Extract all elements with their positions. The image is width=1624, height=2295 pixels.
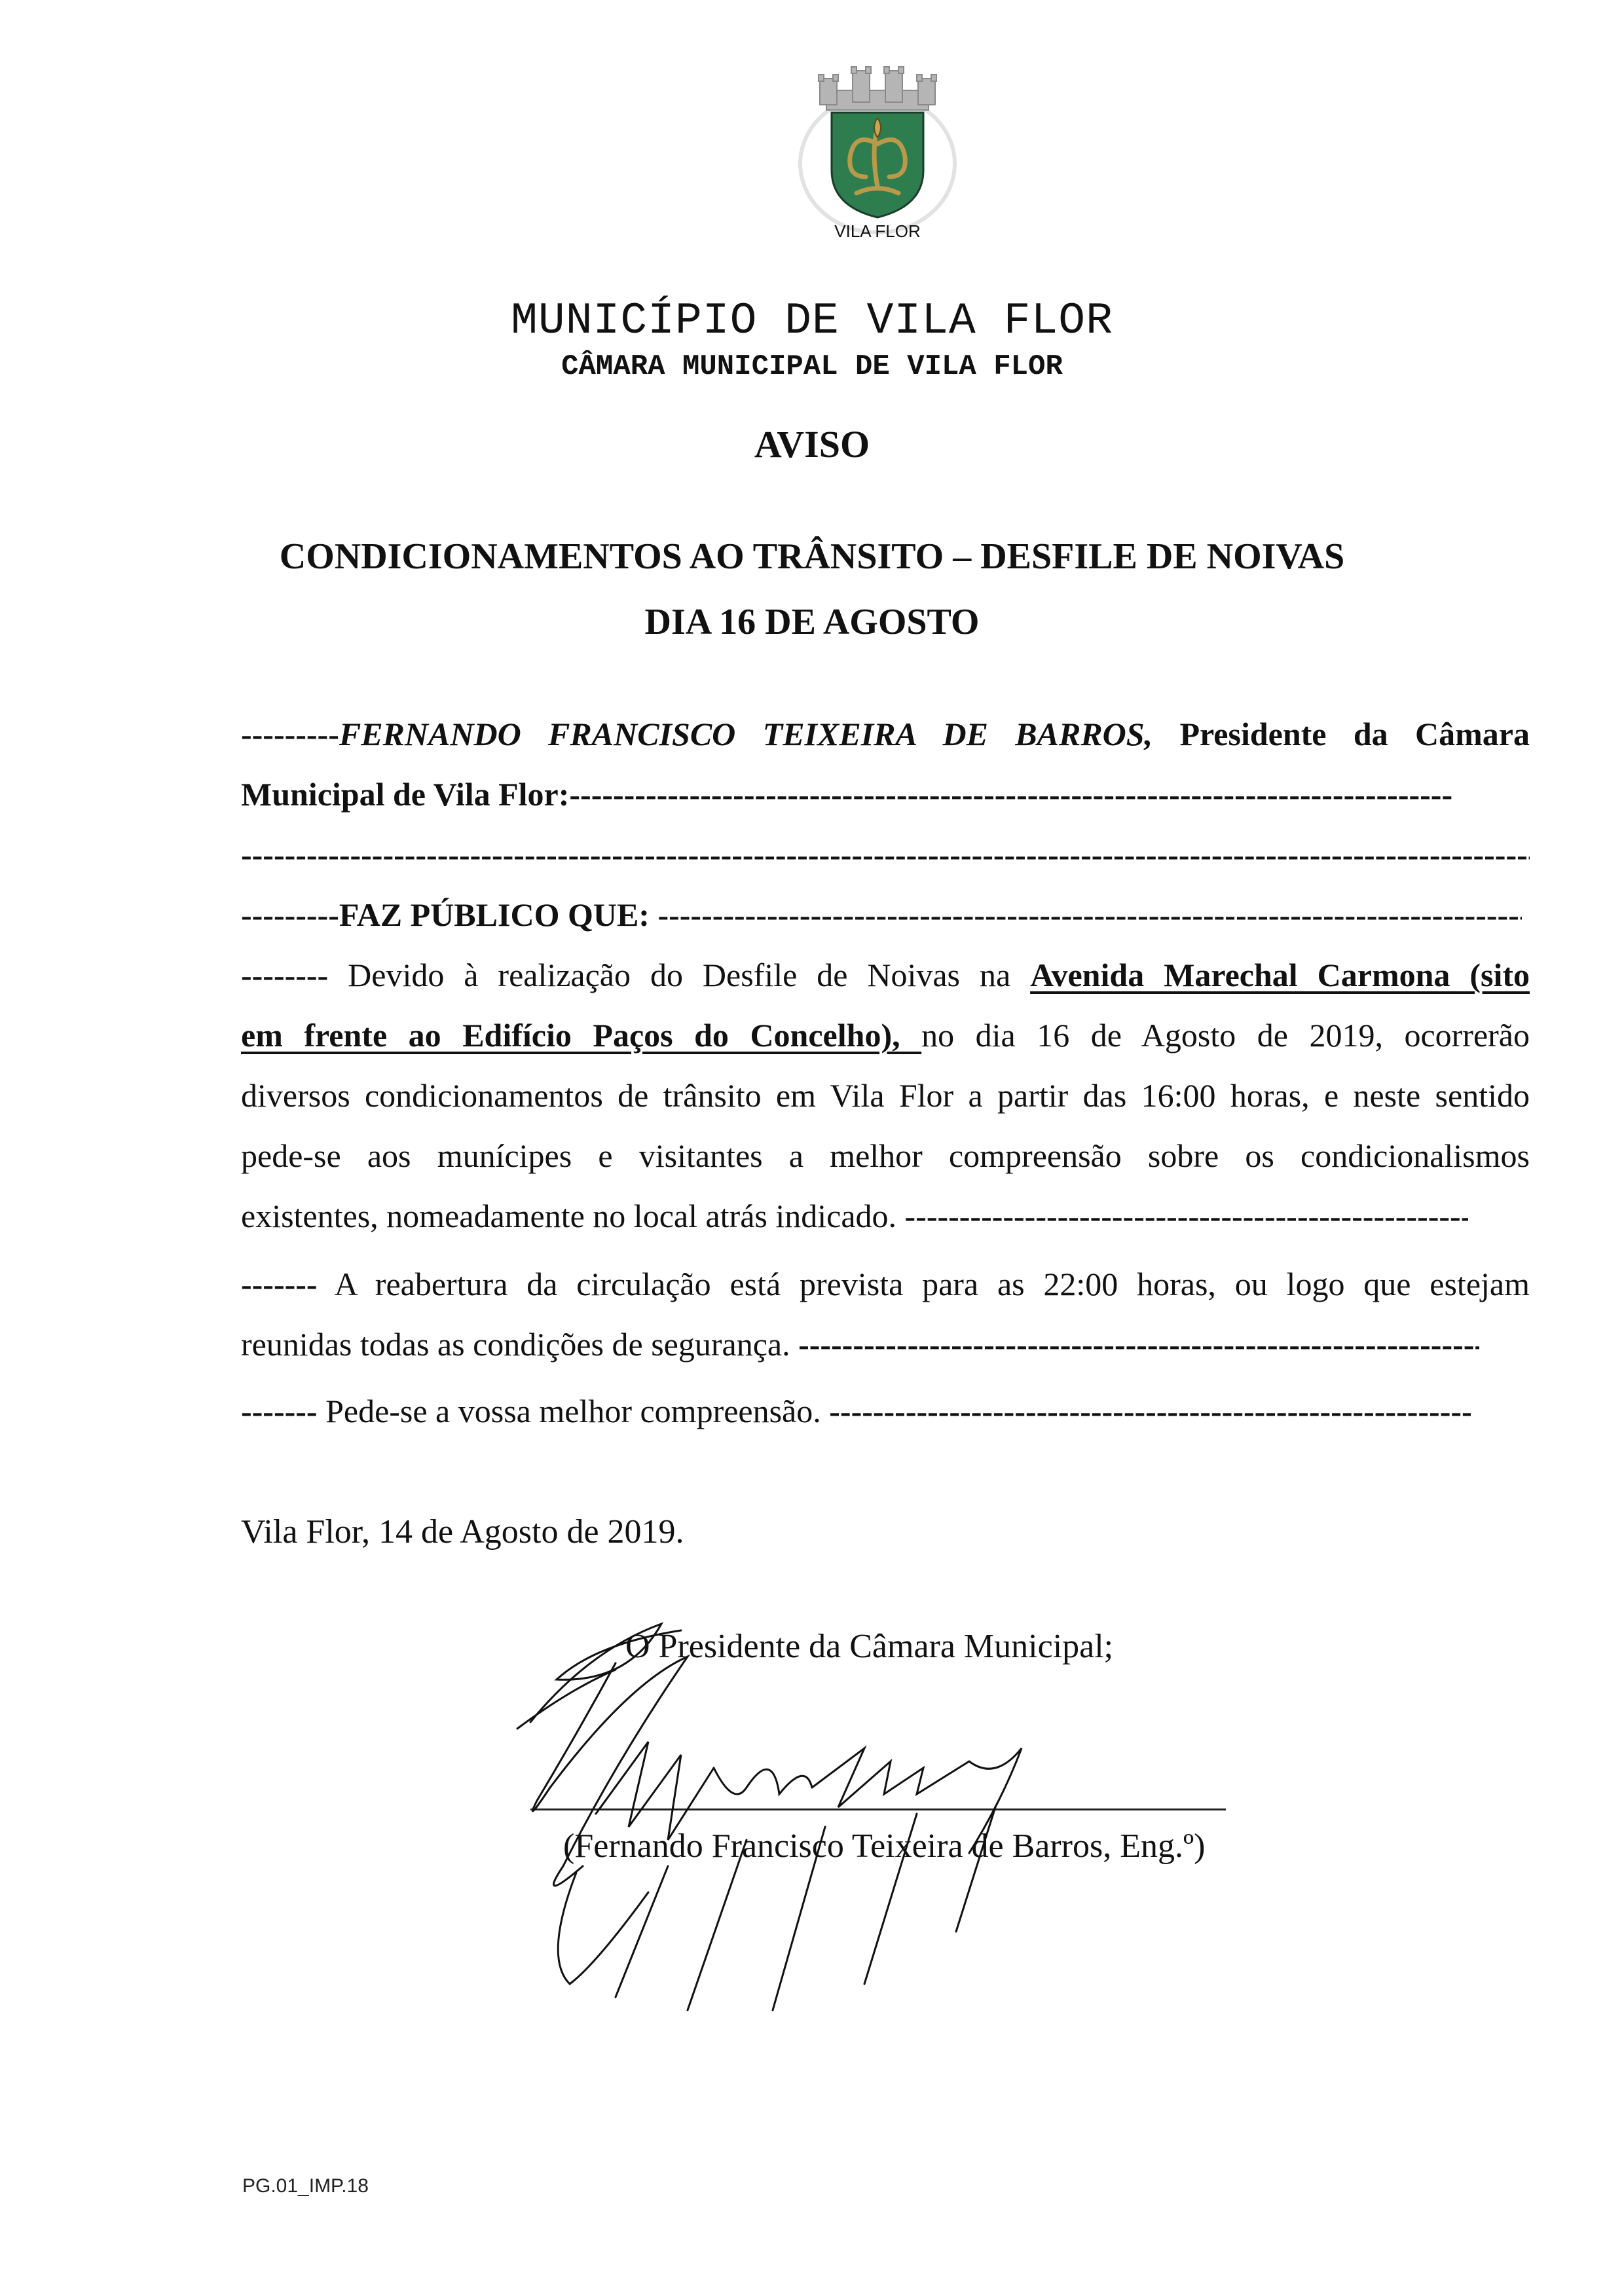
event-location: Avenida Marechal Carmona (sito bbox=[1030, 957, 1530, 993]
dash-filler: ----------------------------------------… bbox=[657, 885, 1522, 945]
form-code: PG.01_IMP.18 bbox=[242, 2175, 369, 2197]
dash-filler: ----------------------------------------… bbox=[829, 1381, 1471, 1441]
paragraph1-line1: -------- Devido à realização do Desfile … bbox=[241, 945, 1530, 1005]
separator-line: ----------------------------------------… bbox=[241, 824, 1530, 885]
handwritten-signature-icon bbox=[498, 1591, 1283, 2049]
notice-page: VILA FLOR MUNICÍPIO DE VILA FLOR CÂMARA … bbox=[0, 0, 1624, 2295]
intro-line-2: Municipal de Vila Flor:-----------------… bbox=[241, 764, 1530, 824]
paragraph1-line3: diversos condicionamentos de trânsito em… bbox=[241, 1065, 1530, 1126]
paragraph1-line5: existentes, nomeadamente no local atrás … bbox=[241, 1186, 1530, 1246]
place-and-date: Vila Flor, 14 de Agosto de 2019. bbox=[241, 1513, 684, 1551]
event-location-cont: em frente ao Edifício Paços do Concelho)… bbox=[241, 1017, 921, 1054]
paragraph1-line4: pede-se aos munícipes e visitantes a mel… bbox=[241, 1126, 1530, 1186]
notice-type: AVISO bbox=[0, 422, 1624, 466]
council-name: CÂMARA MUNICIPAL DE VILA FLOR bbox=[0, 350, 1624, 383]
intro-line-1: ---------FERNANDO FRANCISCO TEIXEIRA DE … bbox=[241, 704, 1530, 764]
dash-filler: ----------------------------------------… bbox=[569, 764, 1453, 824]
dash-filler: ----------------------------------------… bbox=[241, 824, 1530, 885]
coat-of-arms-icon: VILA FLOR bbox=[779, 65, 976, 242]
notice-title: CONDICIONAMENTOS AO TRÂNSITO – DESFILE D… bbox=[0, 536, 1624, 578]
dash-filler: ----------------------------------------… bbox=[798, 1314, 1479, 1374]
paragraph3-line: ------- Pede-se a vossa melhor compreens… bbox=[241, 1381, 1530, 1441]
notice-subtitle: DIA 16 DE AGOSTO bbox=[0, 601, 1624, 643]
svg-text:VILA FLOR: VILA FLOR bbox=[834, 221, 921, 241]
paragraph2-line2: reunidas todas as condições de segurança… bbox=[241, 1314, 1530, 1374]
paragraph1-line2: em frente ao Edifício Paços do Concelho)… bbox=[241, 1005, 1530, 1065]
signature-block: O Presidente da Câmara Municipal; (Ferna… bbox=[498, 1591, 1283, 2049]
announce-line: ---------FAZ PÚBLICO QUE: --------------… bbox=[241, 885, 1530, 945]
president-name: FERNANDO FRANCISCO TEIXEIRA DE BARROS, bbox=[339, 716, 1153, 752]
dash-filler: ----------------------------------------… bbox=[905, 1186, 1468, 1246]
municipality-name: MUNICÍPIO DE VILA FLOR bbox=[0, 296, 1624, 346]
paragraph2-line1: ------- A reabertura da circulação está … bbox=[241, 1254, 1530, 1314]
announce-heading: FAZ PÚBLICO QUE: bbox=[339, 896, 658, 933]
